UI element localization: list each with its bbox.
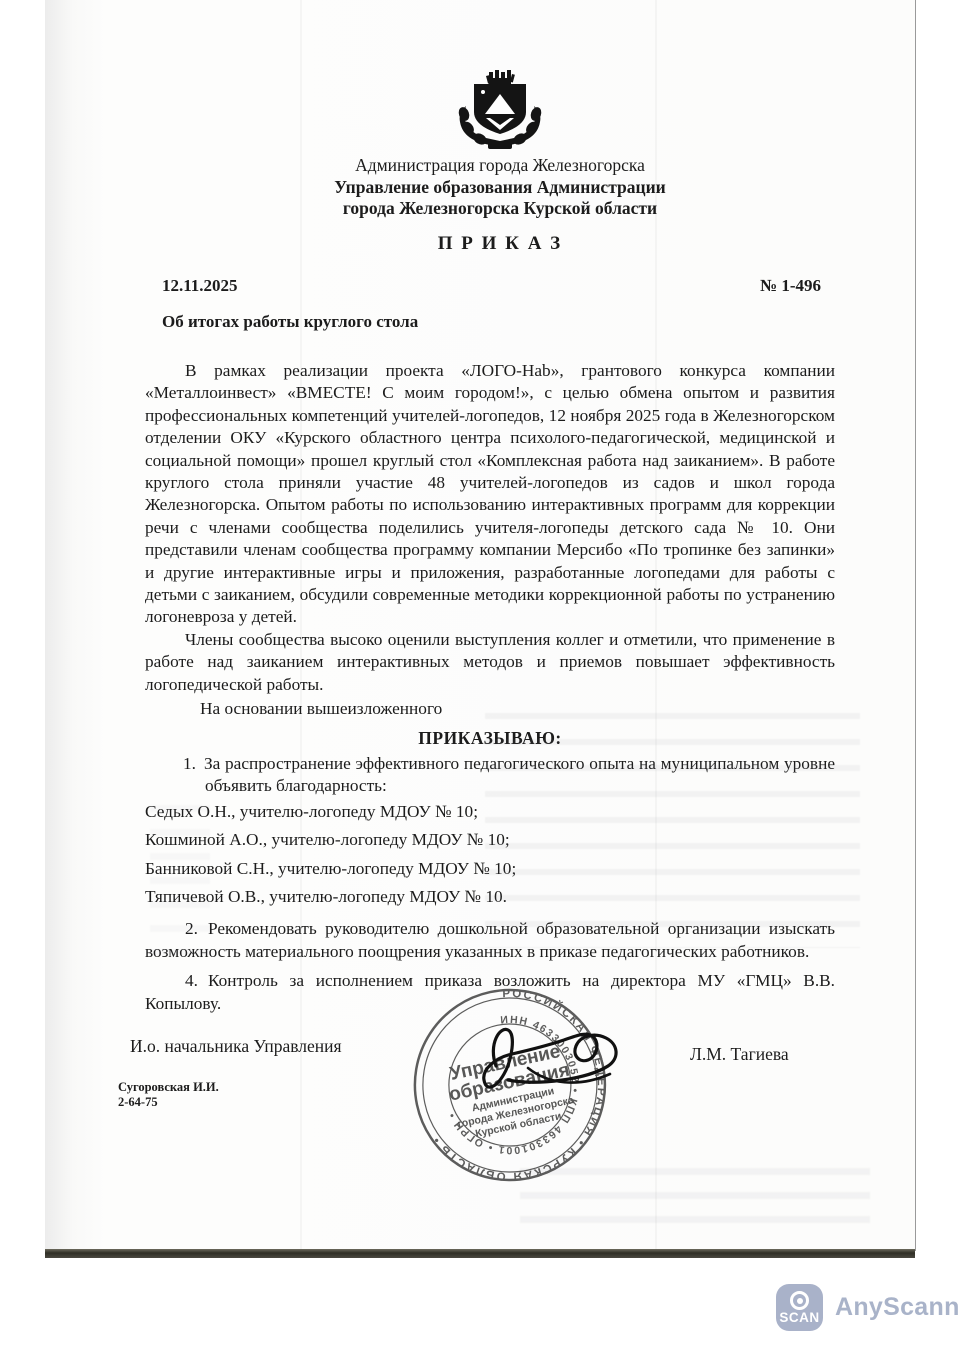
signer-name: Л.М. Тагиева <box>690 1044 789 1065</box>
bleed-through-text <box>485 698 860 948</box>
anyscanner-app-icon: SCAN <box>776 1284 823 1331</box>
executor-name: Сугоровская И.И. <box>118 1080 219 1095</box>
scanner-watermark: SCAN AnyScanner <box>776 1284 960 1331</box>
signer-position-title: И.о. начальника Управления <box>130 1036 342 1057</box>
executor-phone: 2-64-75 <box>118 1095 219 1110</box>
anyscanner-label: AnyScanner <box>835 1293 960 1322</box>
scan-icon-label: SCAN <box>776 1310 823 1325</box>
document-type-title: П Р И К А З <box>150 233 850 255</box>
paper-bottom-edge <box>45 1249 915 1258</box>
document-date: 12.11.2025 <box>162 276 238 296</box>
org-name-line2: Управление образования Администрации <box>150 177 850 199</box>
executor-info: Сугоровская И.И. 2-64-75 <box>118 1080 219 1110</box>
org-name-line3: города Железногорска Курской области <box>150 198 850 220</box>
paragraph-evaluation: Члены сообщества высоко оценили выступле… <box>145 629 835 696</box>
handwritten-signature <box>468 1014 633 1114</box>
camera-lens-icon <box>790 1291 809 1310</box>
bleed-through-text <box>150 795 210 955</box>
item-4-number: 4. <box>185 971 208 990</box>
org-header: Администрация города Железногорска Управ… <box>150 155 850 220</box>
document-number: № 1-496 <box>760 276 821 296</box>
paragraph-intro: В рамках реализации проекта «ЛОГО-Hab», … <box>145 360 835 629</box>
item-1-number: 1. <box>183 754 204 773</box>
coat-of-arms-icon <box>452 70 548 156</box>
document-subject: Об итогах работы круглого стола <box>162 312 418 332</box>
org-name-line1: Администрация города Железногорска <box>150 155 850 177</box>
scanned-document-page: Администрация города Железногорска Управ… <box>0 0 960 1357</box>
